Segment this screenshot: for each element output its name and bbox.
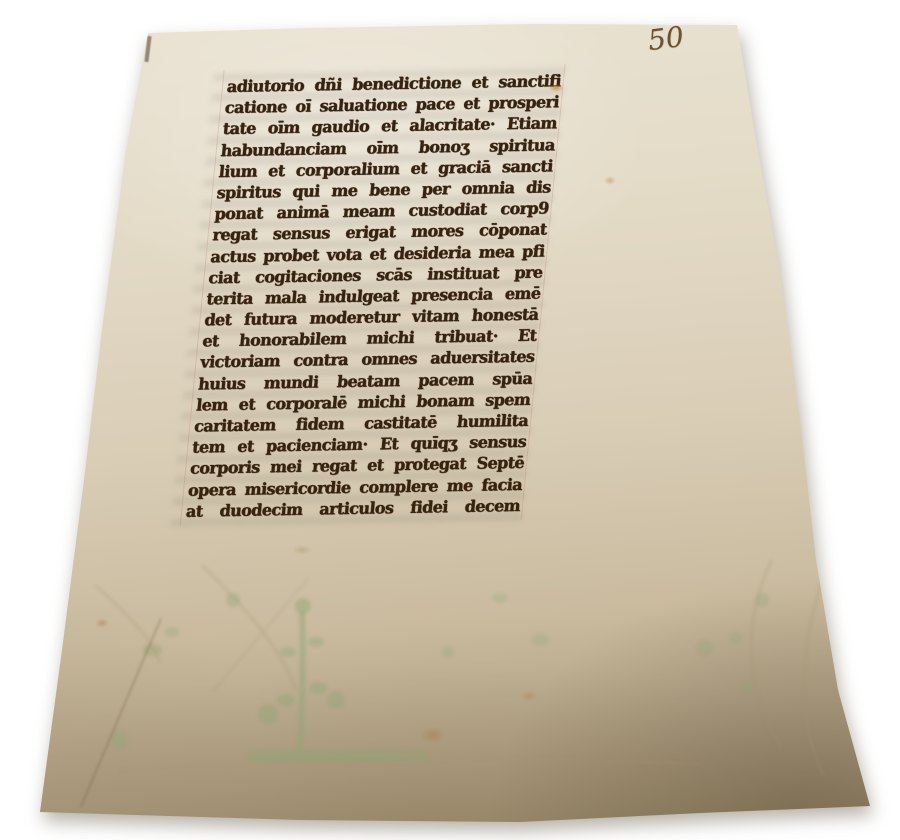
manuscript-leaf: adiutorio dñi benedictione et sanctifi c… — [0, 0, 900, 840]
photo-background: adiutorio dñi benedictione et sanctifi c… — [0, 0, 900, 840]
stain — [292, 545, 312, 555]
stain — [520, 690, 538, 702]
text-block: adiutorio dñi benedictione et sanctifi c… — [185, 70, 562, 522]
stain — [548, 84, 564, 92]
stain — [420, 726, 446, 744]
stain — [95, 618, 109, 628]
leaf-shadow: adiutorio dñi benedictione et sanctifi c… — [0, 0, 900, 840]
stain — [604, 176, 616, 185]
folio-number: 50 — [646, 20, 685, 57]
